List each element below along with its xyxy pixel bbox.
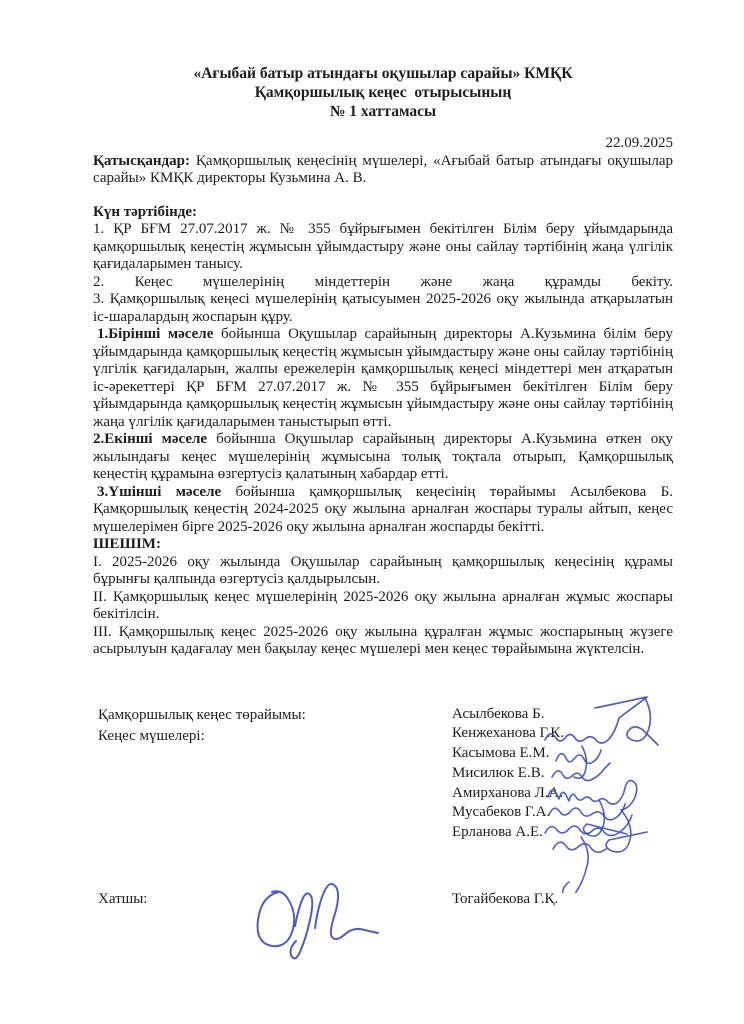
secretary-name: Тогайбекова Г.Қ. bbox=[452, 891, 558, 909]
member-name-2: Кенжеханова Г.К. bbox=[452, 724, 564, 744]
agenda-item-2: 2. Кеңес мүшелерінің міндеттерін және жа… bbox=[93, 274, 673, 292]
member-name-6: Мусабеков Г.А. bbox=[452, 803, 564, 823]
chair-label: Қамқоршылық кеңес төрайымы: bbox=[98, 705, 306, 727]
signature-labels: Қамқоршылық кеңес төрайымы: Кеңес мүшеле… bbox=[98, 705, 306, 748]
signature-block: Қамқоршылық кеңес төрайымы: Кеңес мүшеле… bbox=[93, 705, 673, 845]
title-line-protocol-number: № 1 хаттамасы bbox=[93, 102, 673, 121]
member-name-4: Мисилюк Е.В. bbox=[452, 764, 564, 784]
secretary-label: Хатшы: bbox=[98, 891, 147, 909]
member-name-5: Амирханова Л.А. bbox=[452, 784, 564, 804]
document-title: «Ағыбай батыр атындағы оқушылар сарайы» … bbox=[93, 64, 673, 121]
title-line-organization: «Ағыбай батыр атындағы оқушылар сарайы» … bbox=[93, 64, 673, 83]
decision-item-3: III. Қамқоршылық кеңес 2025-2026 оқу жыл… bbox=[93, 624, 673, 659]
decision-item-1: I. 2025-2026 оқу жылында Оқушылар сарайы… bbox=[93, 554, 673, 589]
members-label: Кеңес мүшелері: bbox=[98, 726, 306, 748]
matter-2-paragraph: 2.Екінші мәселе бойынша Оқушылар сарайын… bbox=[93, 431, 673, 484]
document-content: «Ағыбай батыр атындағы оқушылар сарайы» … bbox=[93, 0, 673, 911]
matter-2-lead: 2.Екінші мәселе bbox=[93, 431, 207, 447]
matter-3-lead: 3.Үшінші мәселе bbox=[97, 484, 221, 500]
member-name-3: Касымова Е.М. bbox=[452, 744, 564, 764]
participants-label: Қатысқандар: bbox=[93, 153, 190, 169]
decision-heading: ШЕШІМ: bbox=[93, 536, 673, 554]
member-name-1: Асылбекова Б. bbox=[452, 705, 564, 725]
participants-paragraph: Қатысқандар: Қамқоршылық кеңесінің мүшел… bbox=[93, 153, 673, 188]
signature-names: Асылбекова Б. Кенжеханова Г.К. Касымова … bbox=[452, 705, 564, 844]
matter-1-lead: 1.Бірінші мәселе bbox=[97, 326, 213, 342]
member-name-7: Ерланова А.Е. bbox=[452, 823, 564, 843]
document-page: «Ағыбай батыр атындағы оқушылар сарайы» … bbox=[0, 0, 744, 1024]
document-date: 22.09.2025 bbox=[93, 135, 673, 153]
matter-1-paragraph: 1.Бірінші мәселе бойынша Оқушылар сарайы… bbox=[93, 326, 673, 431]
agenda-item-3: 3. Қамқоршылық кеңесі мүшелерінің қатысу… bbox=[93, 291, 673, 326]
title-line-council: Қамқоршылық кеңес отырысының bbox=[93, 83, 673, 102]
decision-item-2: II. Қамқоршылық кеңес мүшелерінің 2025-2… bbox=[93, 589, 673, 624]
matter-3-paragraph: 3.Үшінші мәселе бойынша қамқоршылық кеңе… bbox=[93, 484, 673, 537]
agenda-item-1: 1. ҚР БҒМ 27.07.2017 ж. № 355 бұйрығымен… bbox=[93, 221, 673, 274]
agenda-heading: Күн тәртібінде: bbox=[93, 204, 673, 222]
secretary-row: Хатшы: Тогайбекова Г.Қ. bbox=[93, 891, 673, 911]
